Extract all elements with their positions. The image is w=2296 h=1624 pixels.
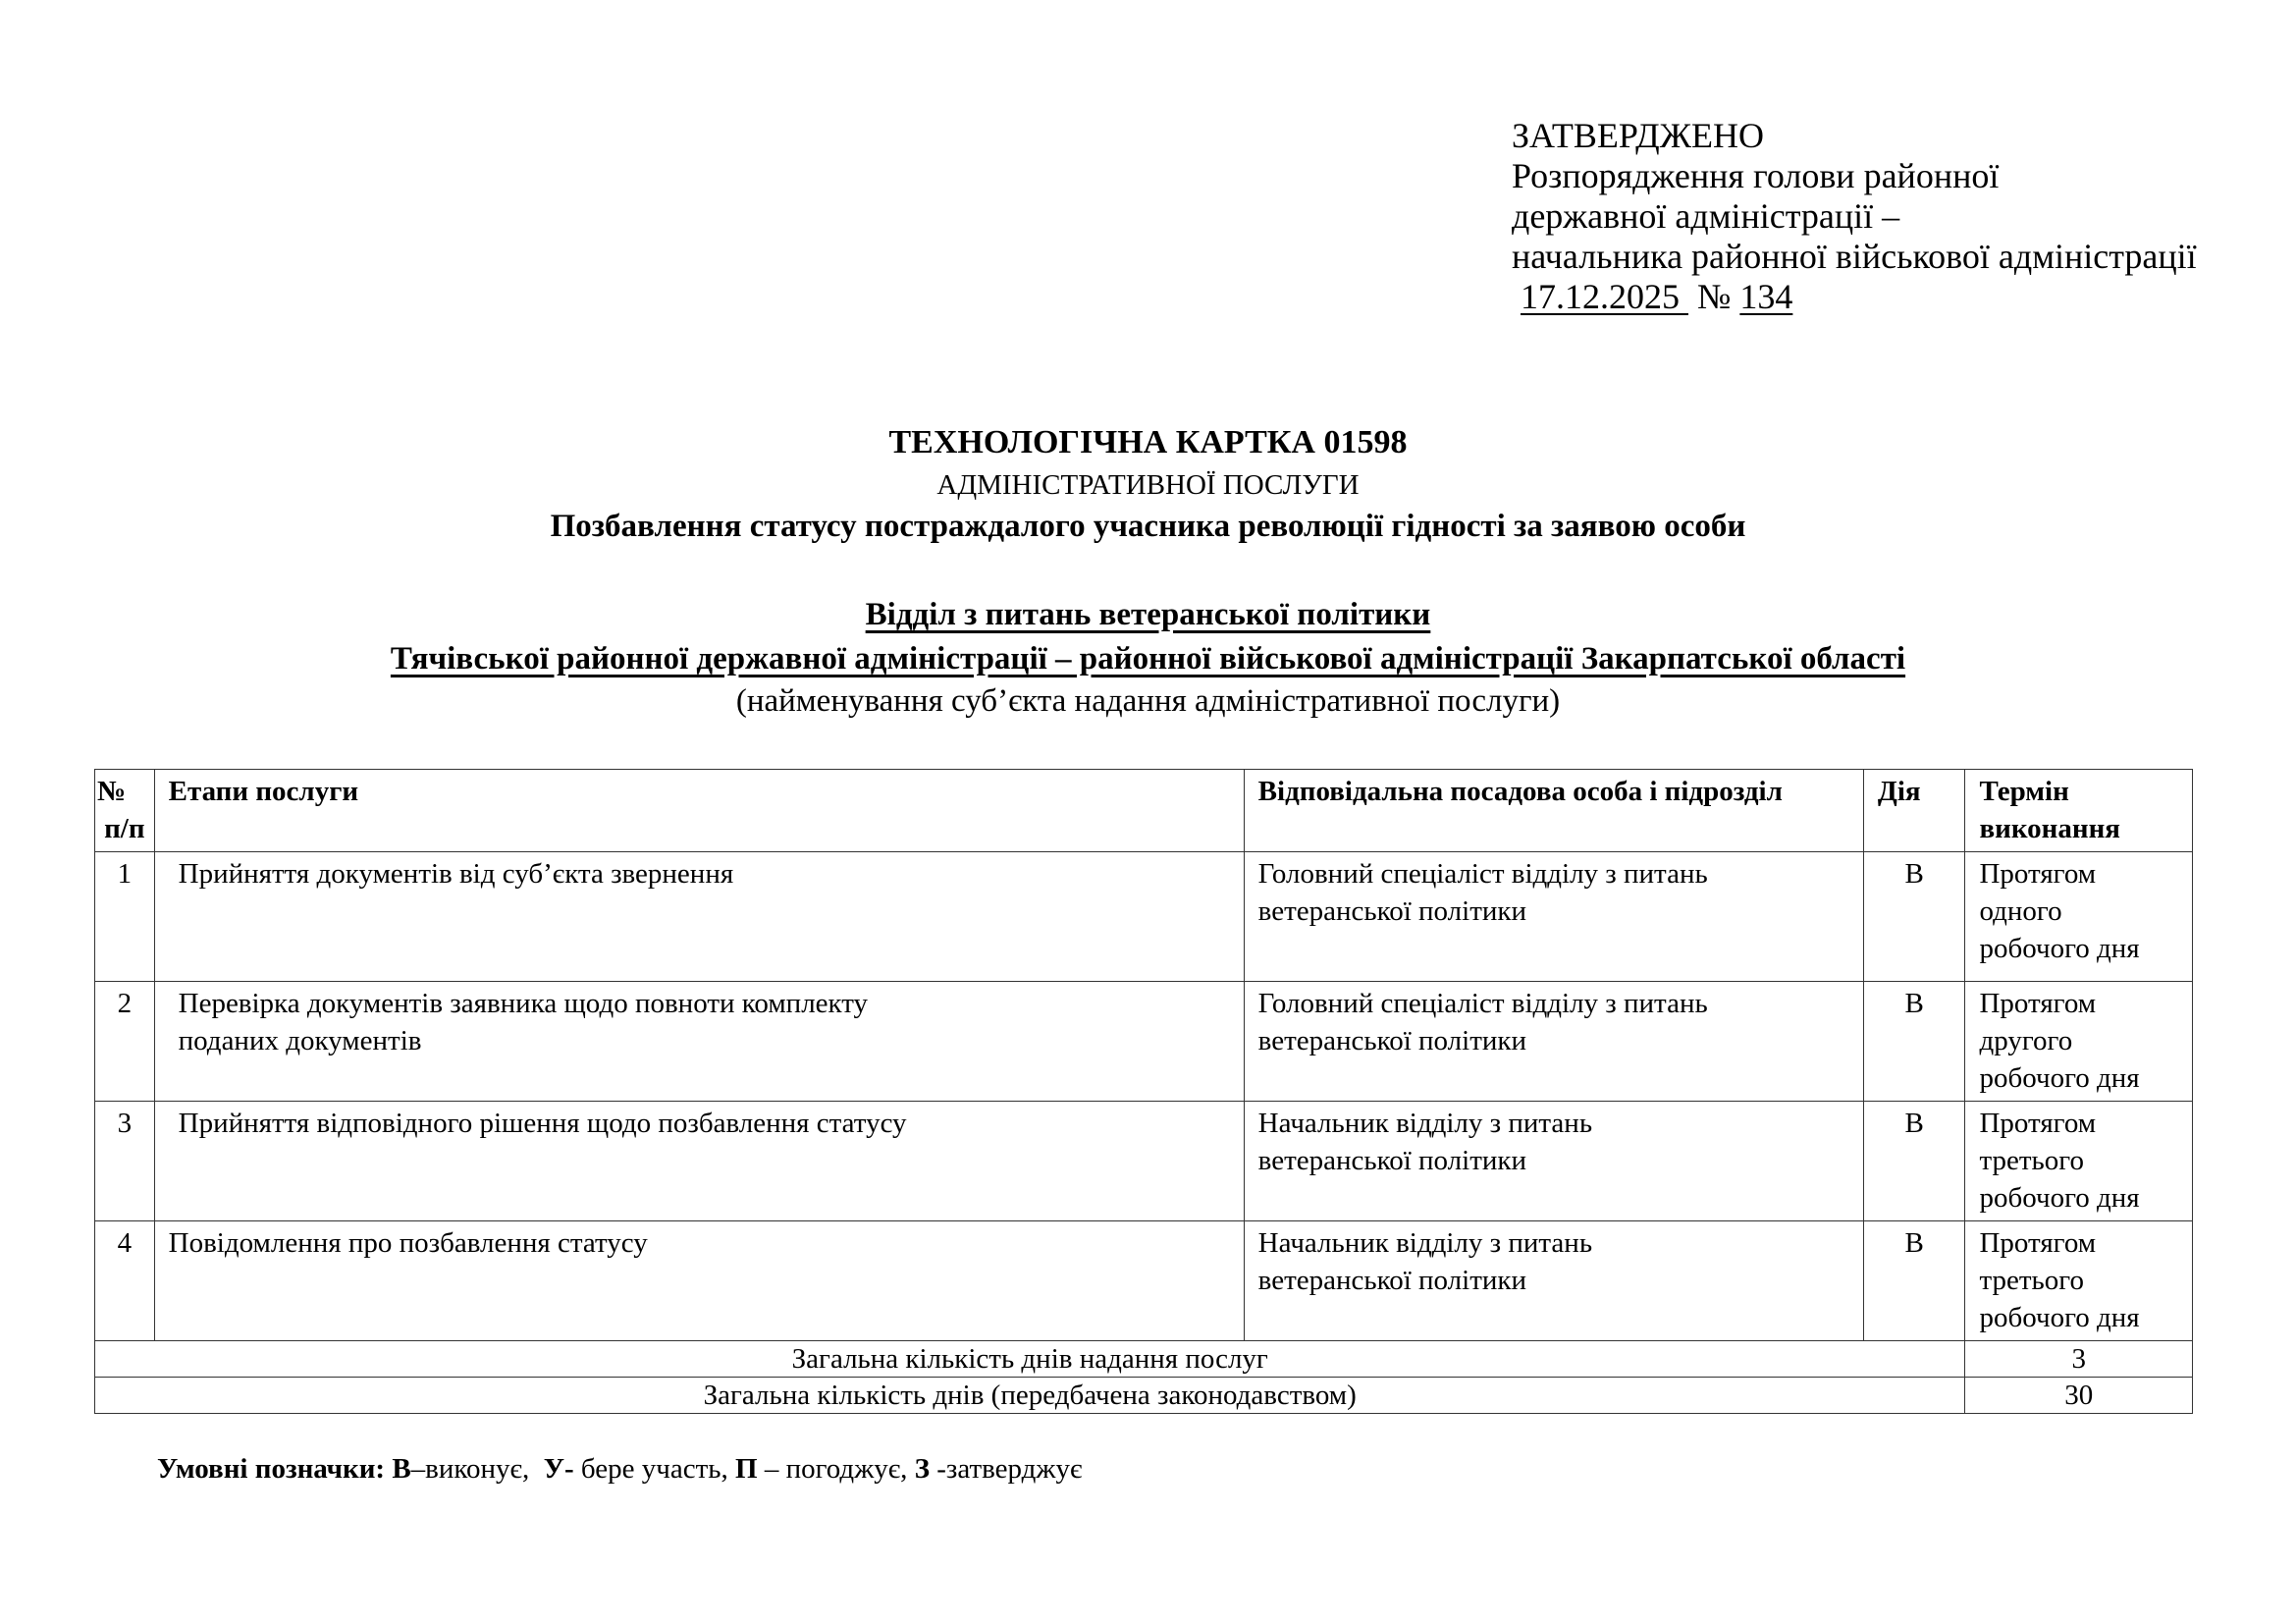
legend-text-u: бере участь, — [581, 1453, 728, 1485]
row-stage: Повідомлення про позбавлення статусу — [154, 1221, 1244, 1341]
legend: Умовні позначки: В–виконує, У- бере учас… — [157, 1453, 1082, 1486]
row-number: 2 — [95, 982, 155, 1102]
table-row: 4 Повідомлення про позбавлення статусу Н… — [95, 1221, 2193, 1341]
row-number: 3 — [95, 1102, 155, 1221]
row-stage: Прийняття документів від суб’єкта зверне… — [154, 852, 1244, 982]
legend-code-z: З — [915, 1453, 930, 1485]
row-action: В — [1863, 982, 1965, 1102]
table-row: 2 Перевірка документів заявника щодо пов… — [95, 982, 2193, 1102]
header-action: Дія — [1863, 770, 1965, 852]
row-stage: Перевірка документів заявника щодо повно… — [154, 982, 1244, 1102]
legend-code-v: В — [392, 1453, 410, 1485]
total-label: Загальна кількість днів надання послуг — [95, 1341, 1965, 1378]
row-action: В — [1863, 852, 1965, 982]
row-term: Протягом одного робочого дня — [1965, 852, 2193, 982]
card-subtitle: АДМІНІСТРАТИВНОЇ ПОСЛУГИ — [0, 469, 2296, 502]
table-header-row: №п/п Етапи послуги Відповідальна посадов… — [95, 770, 2193, 852]
total-row-legal-days: Загальна кількість днів (передбачена зак… — [95, 1378, 2193, 1414]
row-action: В — [1863, 1102, 1965, 1221]
row-stage: Прийняття відповідного рішення щодо позб… — [154, 1102, 1244, 1221]
header-term: Термін виконання — [1965, 770, 2193, 852]
row-responsible: Начальник відділу з питань ветеранської … — [1244, 1221, 1863, 1341]
approval-line-3: начальника районної військової адміністр… — [1512, 237, 2197, 277]
authority-name: Тячівської районної державної адміністра… — [0, 641, 2296, 677]
row-action: В — [1863, 1221, 1965, 1341]
legend-prefix: Умовні позначки: — [157, 1453, 385, 1485]
total-row-service-days: Загальна кількість днів надання послуг 3 — [95, 1341, 2193, 1378]
header-number: №п/п — [95, 770, 155, 852]
card-title: ТЕХНОЛОГІЧНА КАРТКА 01598 — [0, 424, 2296, 461]
row-number: 1 — [95, 852, 155, 982]
approval-block: ЗАТВЕРДЖЕНО Розпорядження голови районно… — [1512, 116, 2197, 317]
total-value: 3 — [1965, 1341, 2193, 1378]
legend-code-u: У- — [544, 1453, 574, 1485]
row-term: Протягом другого робочого дня — [1965, 982, 2193, 1102]
legend-text-v: –виконує, — [411, 1453, 530, 1485]
header-responsible: Відповідальна посадова особа і підрозділ — [1244, 770, 1863, 852]
department-name: Відділ з питань ветеранської політики — [0, 597, 2296, 633]
row-responsible: Начальник відділу з питань ветеранської … — [1244, 1102, 1863, 1221]
service-name: Позбавлення статусу постраждалого учасни… — [0, 509, 2296, 545]
row-term: Протягом третього робочого дня — [1965, 1221, 2193, 1341]
legend-text-p: – погоджує, — [765, 1453, 908, 1485]
total-value: 30 — [1965, 1378, 2193, 1414]
row-term: Протягом третього робочого дня — [1965, 1102, 2193, 1221]
row-number: 4 — [95, 1221, 155, 1341]
approval-line-2: державної адміністрації – — [1512, 196, 2197, 237]
approval-number: 134 — [1739, 277, 1792, 316]
row-responsible: Головний спеціаліст відділу з питань вет… — [1244, 852, 1863, 982]
legend-code-p: П — [735, 1453, 758, 1485]
row-responsible: Головний спеціаліст відділу з питань вет… — [1244, 982, 1863, 1102]
approval-heading: ЗАТВЕРДЖЕНО — [1512, 116, 2197, 156]
approval-date: 17.12.2025 — [1521, 277, 1688, 316]
header-stage: Етапи послуги — [154, 770, 1244, 852]
technology-card-table: №п/п Етапи послуги Відповідальна посадов… — [94, 769, 2193, 1414]
total-label: Загальна кількість днів (передбачена зак… — [95, 1378, 1965, 1414]
approval-date-number: 17.12.2025 № 134 — [1512, 277, 2197, 317]
number-sign: № — [1697, 277, 1731, 316]
approval-line-1: Розпорядження голови районної — [1512, 156, 2197, 196]
table-row: 1 Прийняття документів від суб’єкта звер… — [95, 852, 2193, 982]
legend-text-z: -затверджує — [936, 1453, 1082, 1485]
organization-caption: (найменування суб’єкта надання адміністр… — [0, 683, 2296, 720]
table-row: 3 Прийняття відповідного рішення щодо по… — [95, 1102, 2193, 1221]
